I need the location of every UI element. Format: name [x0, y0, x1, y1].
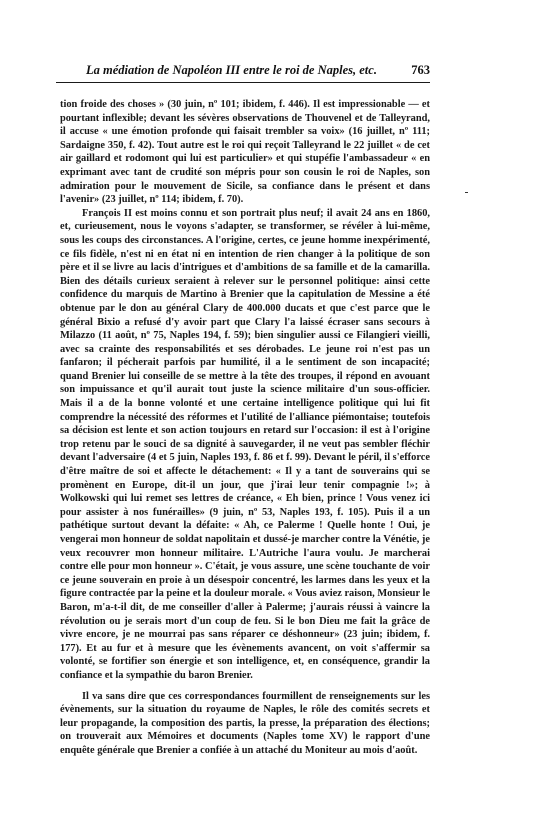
- paragraph-3: Il va sans dire que ces correspondances …: [60, 690, 430, 758]
- book-page: La médiation de Napoléon III entre le ro…: [0, 0, 550, 813]
- header-rule: [56, 82, 430, 83]
- page-number: 763: [411, 63, 430, 78]
- body-text: tion froide des choses » (30 juin, nº 10…: [60, 98, 430, 758]
- running-head: La médiation de Napoléon III entre le ro…: [86, 63, 430, 79]
- scan-artifact-dot: [301, 728, 303, 730]
- running-title: La médiation de Napoléon III entre le ro…: [86, 63, 377, 78]
- scan-artifact-mark: [465, 192, 468, 193]
- paragraph-1: tion froide des choses » (30 juin, nº 10…: [60, 98, 430, 207]
- paragraph-2: François II est moins connu et son portr…: [60, 207, 430, 683]
